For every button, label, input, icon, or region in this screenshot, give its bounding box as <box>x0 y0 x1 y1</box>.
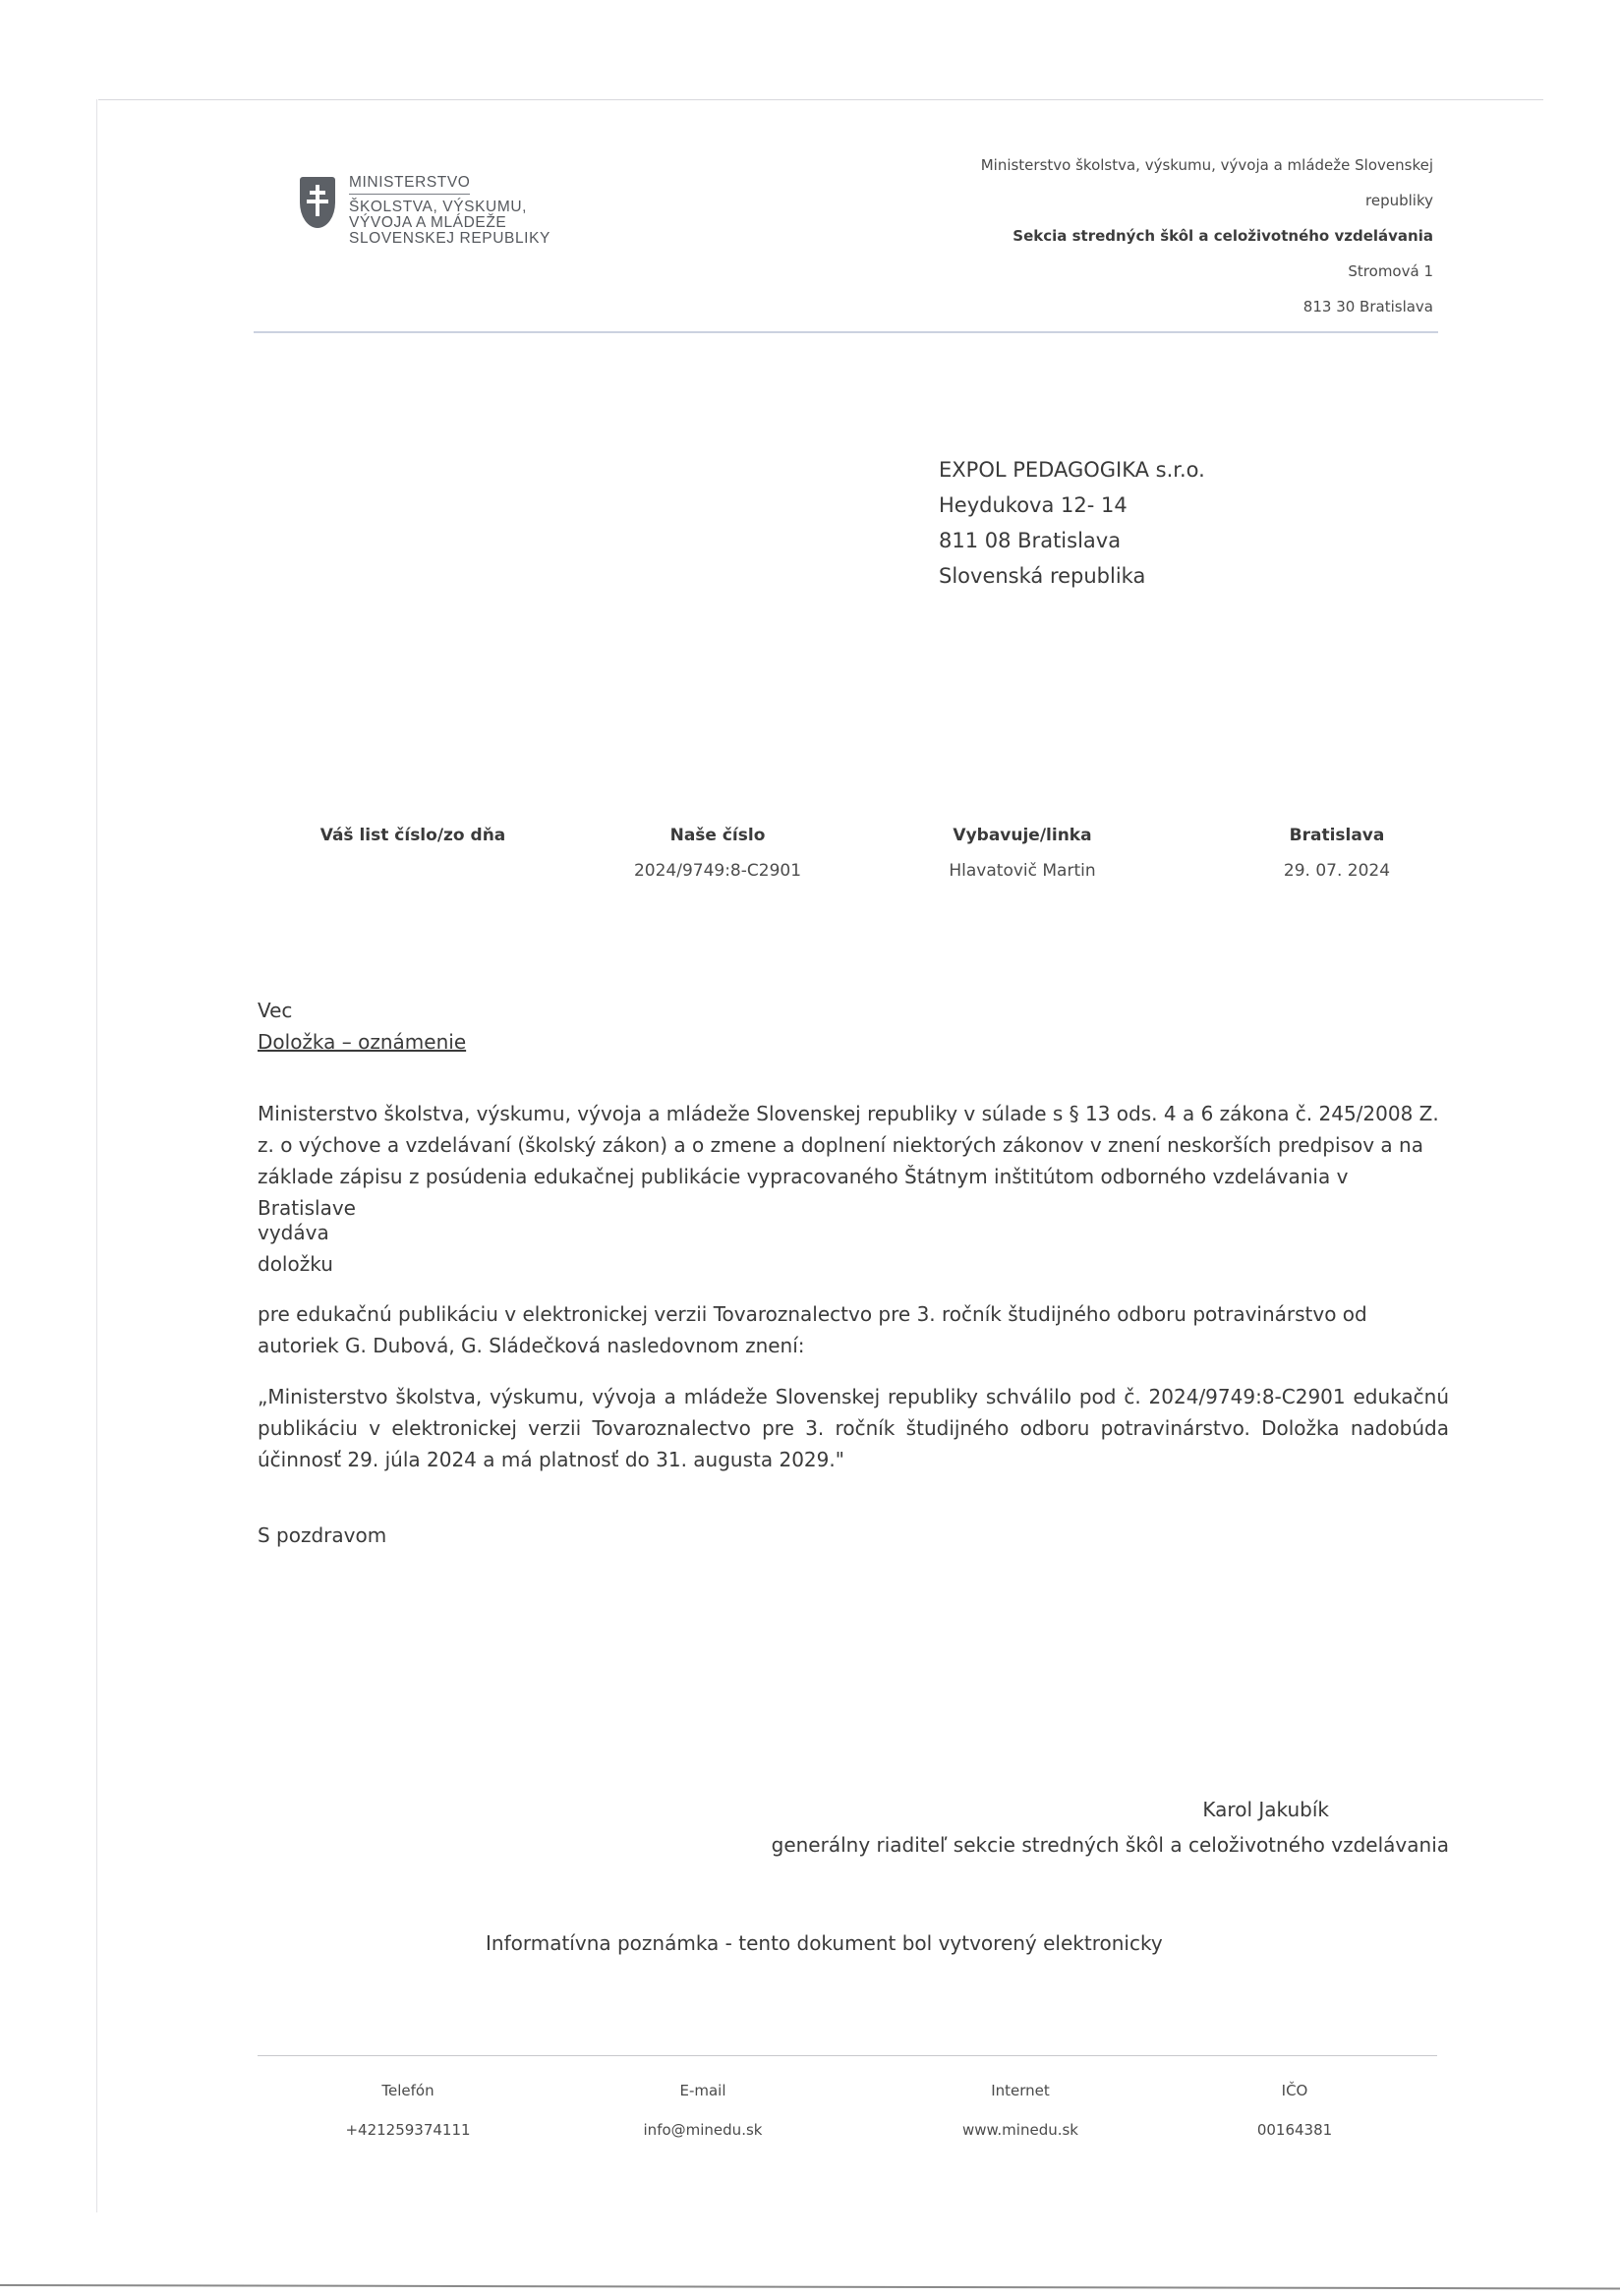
slovak-coat-of-arms-icon <box>300 177 335 228</box>
recipient-name: EXPOL PEDAGOGIKA s.r.o. <box>939 452 1205 488</box>
logo-line: ŠKOLSTVA, VÝSKUMU, <box>349 200 550 215</box>
scan-frame-top <box>98 99 1543 100</box>
signatory-title: generálny riaditeľ sekcie stredných škôl… <box>772 1827 1449 1863</box>
recipient-street: Heydukova 12- 14 <box>939 488 1205 523</box>
signature-block: Karol Jakubík generálny riaditeľ sekcie … <box>772 1792 1449 1863</box>
ref-handled-by: Vybavuje/linka Hlavatovič Martin <box>904 826 1140 881</box>
sender-street: Stromová 1 <box>981 254 1433 289</box>
subject-block: Vec Doložka – oznámenie <box>258 995 466 1058</box>
sender-city: 813 30 Bratislava <box>981 289 1433 324</box>
scan-frame-left <box>96 99 97 2212</box>
ref-place-date: Bratislava 29. 07. 2024 <box>1258 826 1416 881</box>
body-paragraph: Ministerstvo školstva, výskumu, vývoja a… <box>258 1098 1449 1224</box>
footer-phone: Telefón +421259374111 <box>300 2082 516 2139</box>
sender-line: Ministerstvo školstva, výskumu, vývoja a… <box>981 147 1433 183</box>
sender-address: Ministerstvo školstva, výskumu, vývoja a… <box>981 147 1433 324</box>
signatory-name: Karol Jakubík <box>772 1792 1449 1827</box>
body-quote: „Ministerstvo školstva, výskumu, vývoja … <box>258 1381 1449 1475</box>
footer-internet: Internet www.minedu.sk <box>912 2082 1128 2139</box>
logo-text: MINISTERSTVO ŠKOLSTVA, VÝSKUMU, VÝVOJA A… <box>349 175 550 247</box>
logo-line: SLOVENSKEJ REPUBLIKY <box>349 231 550 247</box>
footer-email: E-mail info@minedu.sk <box>595 2082 811 2139</box>
footer-ico: IČO 00164381 <box>1186 2082 1403 2139</box>
ref-your-letter: Váš list číslo/zo dňa <box>305 826 521 861</box>
electronic-note: Informatívna poznámka - tento dokument b… <box>486 1931 1163 1955</box>
body-issues: vydáva doložku <box>258 1217 1449 1280</box>
greeting: S pozdravom <box>258 1520 1449 1551</box>
subject-label: Vec <box>258 995 466 1026</box>
sender-section: Sekcia stredných škôl a celoživotného vz… <box>981 218 1433 254</box>
recipient-address: EXPOL PEDAGOGIKA s.r.o. Heydukova 12- 14… <box>939 452 1205 594</box>
subject-title: Doložka – oznámenie <box>258 1026 466 1058</box>
body-paragraph: pre edukačnú publikáciu v elektronickej … <box>258 1298 1449 1361</box>
footer-divider <box>258 2055 1437 2056</box>
logo-line: VÝVOJA A MLÁDEŽE <box>349 215 550 231</box>
header-divider <box>254 331 1438 333</box>
logo-line: MINISTERSTVO <box>349 175 470 195</box>
sender-line: republiky <box>981 183 1433 218</box>
ministry-logo: MINISTERSTVO ŠKOLSTVA, VÝSKUMU, VÝVOJA A… <box>300 175 550 247</box>
recipient-city: 811 08 Bratislava <box>939 523 1205 558</box>
recipient-country: Slovenská republika <box>939 558 1205 594</box>
ref-our-number: Naše číslo 2024/9749:8-C2901 <box>600 826 836 881</box>
scan-edge-line <box>0 2284 1620 2289</box>
